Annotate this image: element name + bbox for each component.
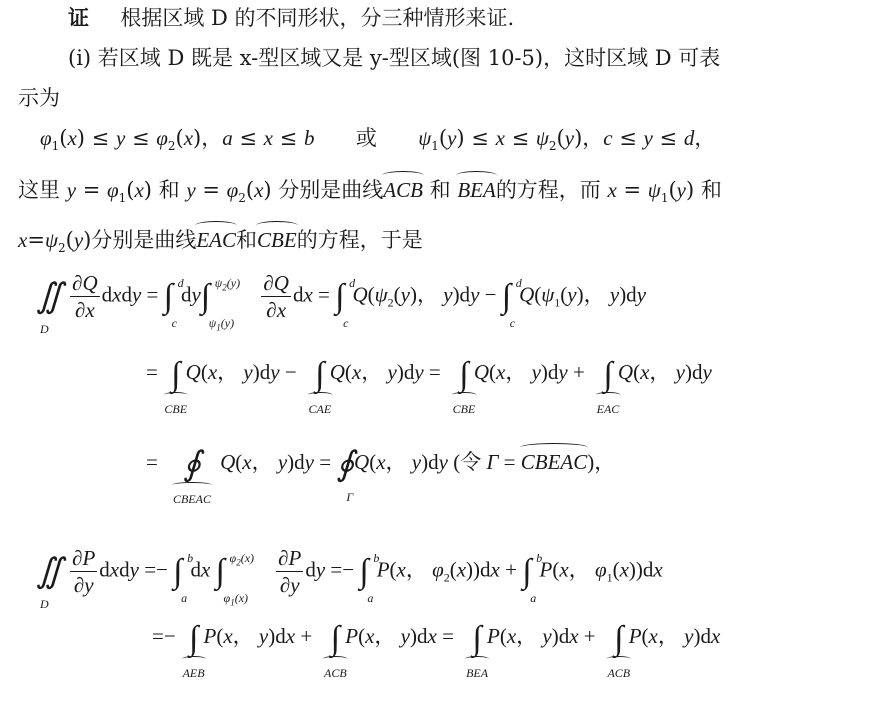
region-x-type: φ1(x) ≤ y ≤ φ2(x)，a ≤ x ≤ b — [40, 126, 314, 150]
or-word: 或 — [356, 126, 377, 150]
line-integral-icon: ∫CAE — [315, 361, 324, 389]
equation-2: = ∫CBE Q(x， y)dy − ∫CAE Q(x， y)dy = ∫CBE… — [146, 358, 712, 389]
double-integral-icon: ∬D — [36, 558, 63, 586]
text: 分别是曲线 — [278, 178, 383, 202]
text: 和 — [159, 178, 180, 202]
proof-intro-line: 证 根据区域 D 的不同形状，分三种情形来证. — [68, 4, 514, 32]
line-integral-icon: ∫ACB — [331, 625, 340, 653]
line-integral-icon: ∫CBE — [171, 361, 180, 389]
integral-icon: ∫ba — [173, 558, 182, 586]
arc-ACB: ACB — [324, 659, 347, 687]
text: 分别是曲线 — [91, 228, 196, 252]
equation-3: = ∮CBEAC Q(x， y)dy = ∮ΓQ(x， y)dy (令 Γ = … — [146, 448, 615, 479]
line-integral-icon: ∫AEB — [189, 625, 198, 653]
region-y-type: ψ1(y) ≤ x ≤ ψ2(y)，c ≤ y ≤ d， — [418, 126, 715, 150]
arc-BEA: BEA — [457, 176, 495, 204]
text: 和 — [701, 178, 722, 202]
text: 的方程，于是 — [297, 228, 423, 252]
arc-BEA: BEA — [466, 659, 488, 687]
arc-ACB: ACB — [607, 659, 630, 687]
let-word: 令 — [460, 450, 481, 474]
line-integral-icon: ∫EAC — [603, 361, 612, 389]
arc-CBEAC: CBEAC — [521, 448, 588, 476]
proof-label: 证 — [68, 5, 89, 30]
integral-icon: ∫dc — [335, 283, 344, 311]
integral-icon: ∫ba — [359, 558, 368, 586]
arc-CBE: CBE — [257, 226, 297, 254]
arc-CBE: CBE — [164, 395, 187, 423]
contour-integral-icon: ∮CBEAC — [183, 451, 201, 479]
explanation-line1: 这里 y = φ1(x) 和 y = φ2(x) 分别是曲线ACB 和 BEA的… — [18, 176, 722, 212]
arc-ACB: ACB — [383, 176, 423, 204]
line-integral-icon: ∫CBE — [459, 361, 468, 389]
integral-icon: ∫ba — [522, 558, 531, 586]
gamma-label: Γ — [346, 483, 353, 511]
double-integral-icon: ∬D — [36, 283, 63, 311]
equation-1: ∬D ∂Q∂xdxdy = ∫dcdy∫ψ2(y)ψ1(y) ∂Q∂xdx = … — [36, 270, 646, 323]
text: 和 — [236, 228, 257, 252]
case-i-line2: 示为 — [18, 84, 60, 112]
integral-icon: ∫dc — [502, 283, 511, 311]
text: 这里 — [18, 178, 60, 202]
explanation-line2: x=ψ2(y)分别是曲线EAC和CBE的方程，于是 — [18, 226, 423, 262]
arc-CBE: CBE — [453, 395, 476, 423]
arc-AEB: AEB — [183, 659, 205, 687]
arc-EAC: EAC — [597, 395, 620, 423]
text: 和 — [430, 178, 451, 202]
line-integral-icon: ∫ACB — [614, 625, 623, 653]
text: 的方程，而 — [496, 178, 601, 202]
arc-CBEAC: CBEAC — [173, 485, 211, 513]
arc-CAE: CAE — [308, 395, 331, 423]
line-integral-icon: ∫BEA — [472, 625, 481, 653]
arc-EAC: EAC — [196, 226, 236, 254]
case-i-line1: (i) 若区域 D 既是 x-型区域又是 y-型区域(图 10-5)，这时区域 … — [68, 44, 720, 72]
proof-intro-text: 根据区域 D 的不同形状，分三种情形来证. — [120, 6, 514, 30]
contour-integral-icon: ∮Γ — [336, 451, 354, 479]
equation-5: =− ∫AEB P(x， y)dx + ∫ACB P(x， y)dx = ∫BE… — [152, 622, 720, 653]
equation-4: ∬D ∂P∂ydxdy =− ∫badx ∫φ2(x)φ1(x) ∂P∂ydy … — [36, 545, 663, 598]
integral-icon: ∫dc — [164, 283, 173, 311]
gamma-symbol: Γ — [486, 450, 498, 474]
region-definition: φ1(x) ≤ y ≤ φ2(x)，a ≤ x ≤ b 或 ψ1(y) ≤ x … — [40, 124, 715, 160]
integral-icon: ∫φ2(x)φ1(x) — [216, 558, 225, 586]
integral-icon: ∫ψ2(y)ψ1(y) — [201, 283, 210, 311]
